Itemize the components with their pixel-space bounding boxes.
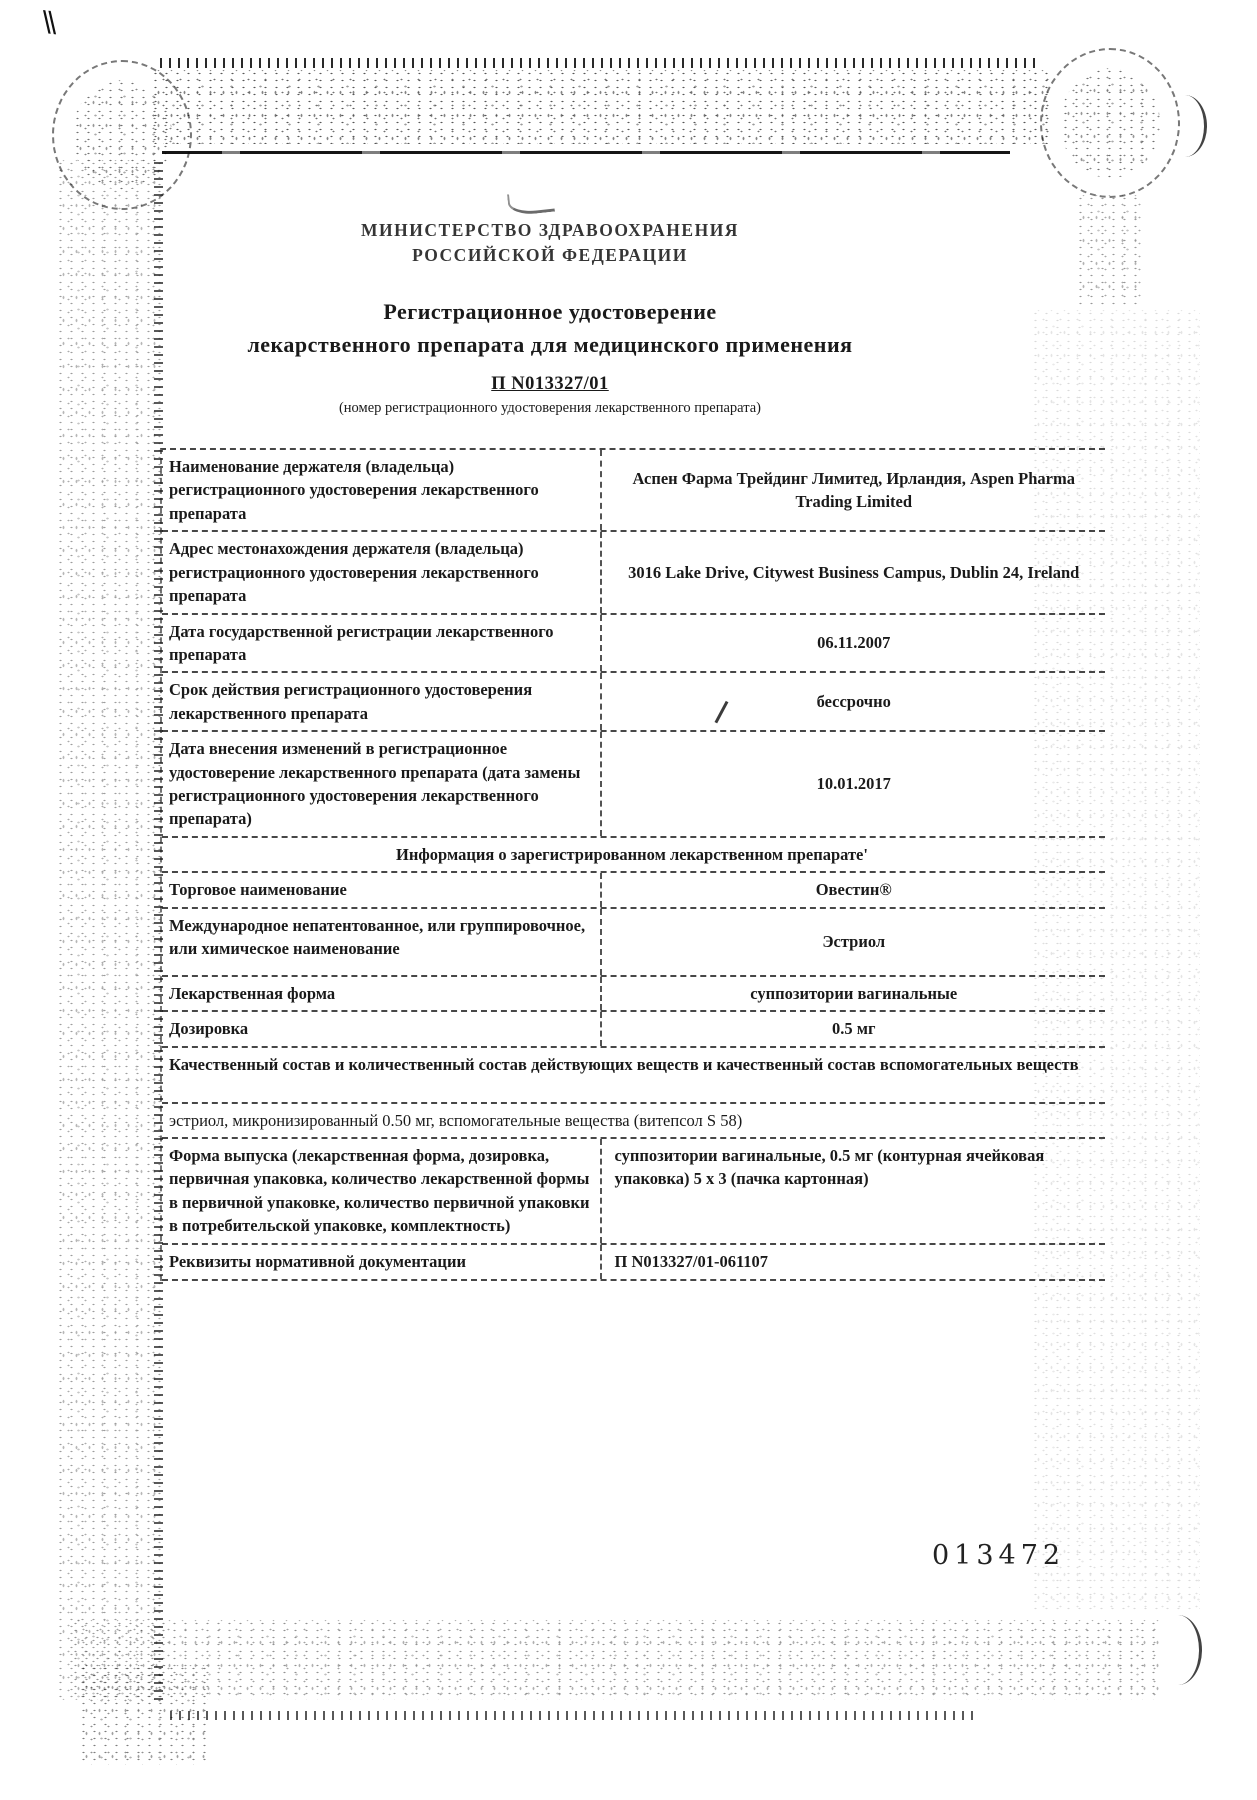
certificate-title: Регистрационное удостоверение лекарствен… [160,295,940,361]
row-value-text: бессрочно [817,690,891,713]
table-row-dosage: Дозировка 0.5 мг [162,1012,1105,1047]
table-row-dosage-form: Лекарственная форма суппозитории вагинал… [162,977,1105,1012]
row-label: Реквизиты нормативной документации [162,1245,600,1279]
table-row-info-section-header: Информация о зарегистрированном лекарств… [162,838,1105,873]
row-value: 0.5 мг [600,1012,1105,1045]
row-label: Дозировка [162,1012,600,1045]
bottom-border-guilloche [70,1620,1160,1700]
left-border-ornament [55,160,163,1700]
registration-certificate-page: \\ МИНИСТЕРСТВО ЗДРАВООХРАНЕНИЯ РОССИЙСК… [0,0,1257,1800]
top-border-guilloche [150,70,1050,144]
table-row-normative-docs: Реквизиты нормативной документации П N01… [162,1245,1105,1281]
table-row-trade-name: Торговое наименование Овестин® [162,873,1105,908]
ministry-name-line1: МИНИСТЕРСТВО ЗДРАВООХРАНЕНИЯ [160,218,940,243]
top-border-line [162,151,1010,154]
row-value: Овестин® [600,873,1105,906]
row-label: Торговое наименование [162,873,600,906]
row-value: 10.01.2017 [600,732,1105,836]
table-row-registration-date: Дата государственной регистрации лекарст… [162,615,1105,674]
row-value: Аспен Фарма Трейдинг Лимитед, Ирландия, … [600,450,1105,530]
row-value: П N013327/01-061107 [600,1245,1105,1279]
corner-medallion-right-fill [1060,68,1160,178]
corner-medallion-right [1040,48,1180,198]
table-row-holder-address: Адрес местонахождения держателя (владель… [162,532,1105,614]
row-label: Дата государственной регистрации лекарст… [162,615,600,672]
scan-artifact-slash [715,701,728,723]
scan-artifact-squiggle [507,190,555,217]
table-row-holder-name: Наименование держателя (владельца) регис… [162,450,1105,532]
top-border-ornament [150,58,1050,154]
row-value: 06.11.2007 [600,615,1105,672]
row-value: суппозитории вагинальные [600,977,1105,1010]
right-corner-streak [1075,195,1145,305]
row-label: Лекарственная форма [162,977,600,1010]
row-value: суппозитории вагинальные, 0.5 мг (контур… [600,1139,1105,1243]
bottom-left-blob [78,1665,208,1765]
table-row-amendment-date: Дата внесения изменений в регистрационно… [162,732,1105,838]
certificate-title-line2: лекарственного препарата для медицинског… [160,328,940,361]
table-row-validity: Срок действия регистрационного удостовер… [162,673,1105,732]
table-row-inn-name: Международное непатентованное, или групп… [162,909,1105,977]
row-label: Форма выпуска (лекарственная форма, дози… [162,1139,600,1243]
row-value: 3016 Lake Drive, Citywest Business Campu… [600,532,1105,612]
serial-number: 013472 [932,1540,1065,1571]
composition-header: Качественный состав и количественный сос… [162,1048,1105,1081]
row-value: Эстриол [600,909,1105,975]
pen-stroke-mark: \\ [40,4,55,43]
bottom-border-ticks [170,1711,980,1720]
row-label: Дата внесения изменений в регистрационно… [162,732,600,836]
row-label: Срок действия регистрационного удостовер… [162,673,600,730]
registration-number: П N013327/01 [160,374,940,395]
info-section-header: Информация о зарегистрированном лекарств… [162,838,1105,871]
row-label: Наименование держателя (владельца) регис… [162,450,600,530]
row-label: Адрес местонахождения держателя (владель… [162,532,600,612]
left-border-guilloche [55,160,163,1700]
bottom-border-ornament [70,1620,1160,1720]
table-row-composition-header: Качественный состав и количественный сос… [162,1048,1105,1104]
table-row-release-form: Форма выпуска (лекарственная форма, дози… [162,1139,1105,1245]
table-row-composition: эстриол, микронизированный 0.50 мг, вспо… [162,1104,1105,1139]
composition-text: эстриол, микронизированный 0.50 мг, вспо… [162,1104,1105,1137]
info-table: Наименование держателя (владельца) регис… [160,448,1105,1281]
row-value: бессрочно [600,673,1105,730]
row-label: Международное непатентованное, или групп… [162,909,600,975]
right-edge-arc-top [1185,95,1207,157]
top-border-ticks [160,58,1040,68]
registration-number-caption: (номер регистрационного удостоверения ле… [160,400,940,417]
certificate-title-line1: Регистрационное удостоверение [160,295,940,328]
ministry-name: МИНИСТЕРСТВО ЗДРАВООХРАНЕНИЯ РОССИЙСКОЙ … [160,218,940,269]
ministry-name-line2: РОССИЙСКОЙ ФЕДЕРАЦИИ [160,243,940,268]
right-edge-arc-bottom [1178,1615,1202,1685]
